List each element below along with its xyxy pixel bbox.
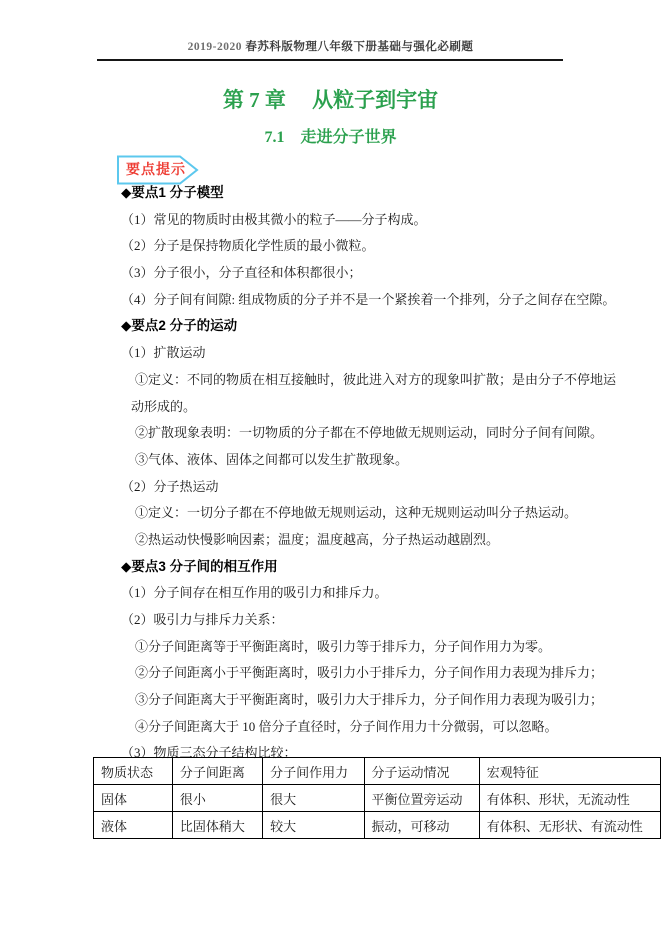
table-cell: 很小 [172, 785, 262, 812]
table-cell: 比固体稍大 [172, 812, 262, 839]
content-line: （2）分子是保持物质化学性质的最小微粒。 [97, 233, 587, 260]
content-line: ①定义：一切分子都在不停地做无规则运动，这种无规则运动叫分子热运动。 [97, 500, 587, 527]
content-line: （2）吸引力与排斥力关系： [97, 607, 587, 634]
content-line: ①分子间距离等于平衡距离时，吸引力等于排斥力，分子间作用力为零。 [97, 634, 587, 661]
table-row: 固体 很小 很大 平衡位置旁运动 有体积、形状，无流动性 [94, 785, 661, 812]
content-line: （2）分子热运动 [97, 474, 587, 501]
table-cell: 有体积、形状，无流动性 [479, 785, 660, 812]
table-header-cell: 物质状态 [94, 758, 173, 785]
table-row: 液体 比固体稍大 较大 振动，可移动 有体积、无形状、有流动性 [94, 812, 661, 839]
table-cell: 振动，可移动 [364, 812, 479, 839]
table-header-cell: 分子间距离 [172, 758, 262, 785]
content-line: 动形成的。 [97, 394, 587, 421]
section-heading: ◆要点2 分子的运动 [97, 313, 587, 340]
content-line: ①定义：不同的物质在相互接触时，彼此进入对方的现象叫扩散；是由分子不停地运 [97, 367, 587, 394]
content-line: （1）常见的物质时由极其微小的粒子——分子构成。 [97, 207, 587, 234]
table-header-cell: 宏观特征 [479, 758, 660, 785]
content-line: ②扩散现象表明：一切物质的分子都在不停地做无规则运动，同时分子间有间隙。 [97, 420, 587, 447]
table-header-cell: 分子运动情况 [364, 758, 479, 785]
content-line: ③气体、液体、固体之间都可以发生扩散现象。 [97, 447, 587, 474]
chapter-title: 第 7 章 从粒子到宇宙 [0, 84, 661, 114]
three-states-comparison-table: 物质状态 分子间距离 分子间作用力 分子运动情况 宏观特征 固体 很小 很大 平… [93, 757, 661, 839]
page-header-watermark: 2019-2020 春苏科版物理八年级下册基础与强化必刷题 [0, 38, 661, 54]
content-line: ②分子间距离小于平衡距离时，吸引力小于排斥力，分子间作用力表现为排斥力； [97, 660, 587, 687]
document-body: ◆要点1 分子模型 （1）常见的物质时由极其微小的粒子——分子构成。 （2）分子… [97, 180, 587, 767]
table-header-cell: 分子间作用力 [263, 758, 364, 785]
table-cell: 平衡位置旁运动 [364, 785, 479, 812]
section-title: 7.1 走进分子世界 [0, 124, 661, 147]
section-heading: ◆要点1 分子模型 [97, 180, 587, 207]
table-cell: 有体积、无形状、有流动性 [479, 812, 660, 839]
header-divider-line [97, 59, 563, 61]
table-cell: 较大 [263, 812, 364, 839]
header-year-range: 2019-2020 [188, 41, 242, 53]
table-cell: 液体 [94, 812, 173, 839]
content-line: ④分子间距离大于 10 倍分子直径时，分子间作用力十分微弱，可以忽略。 [97, 714, 587, 741]
content-line: （1）分子间存在相互作用的吸引力和排斥力。 [97, 580, 587, 607]
content-line: ③分子间距离大于平衡距离时，吸引力大于排斥力，分子间作用力表现为吸引力； [97, 687, 587, 714]
content-line: （3）分子很小，分子直径和体积都很小； [97, 260, 587, 287]
content-line: ②热运动快慢影响因素；温度；温度越高，分子热运动越剧烈。 [97, 527, 587, 554]
header-doc-title: 春苏科版物理八年级下册基础与强化必刷题 [242, 41, 473, 53]
document-page: 2019-2020 春苏科版物理八年级下册基础与强化必刷题 第 7 章 从粒子到… [0, 0, 661, 935]
content-line: （1）扩散运动 [97, 340, 587, 367]
section-heading: ◆要点3 分子间的相互作用 [97, 554, 587, 581]
table-cell: 很大 [263, 785, 364, 812]
table-cell: 固体 [94, 785, 173, 812]
table-header-row: 物质状态 分子间距离 分子间作用力 分子运动情况 宏观特征 [94, 758, 661, 785]
content-line: （4）分子间有间隙: 组成物质的分子并不是一个紧挨着一个排列，分子之间存在空隙。 [97, 287, 587, 314]
